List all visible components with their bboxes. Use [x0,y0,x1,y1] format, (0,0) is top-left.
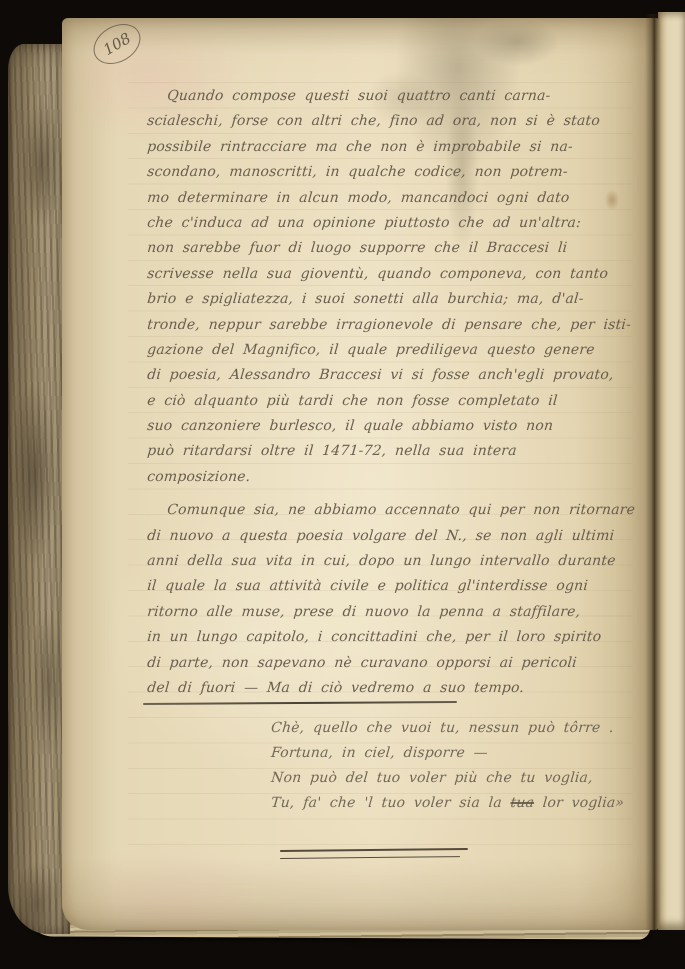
text-line: mo determinare in alcun modo, mancandoci… [146,186,634,211]
text-line: può ritardarsi oltre il 1471-72, nella s… [146,439,634,464]
text-line: composizione. [146,465,634,490]
paragraph-2: Comunque sia, ne abbiamo accennato qui p… [146,498,632,701]
text-line: brio e spigliatezza, i suoi sonetti alla… [146,287,634,312]
text-line: che c'induca ad una opinione piuttosto c… [146,211,634,236]
manuscript-page: 108 Quando compose questi suoi quattro c… [62,18,659,930]
verse-line: Chè, quello che vuoi tu, nessun può tôrr… [270,716,625,741]
text-line: ritorno alle muse, prese di nuovo la pen… [146,600,634,625]
text-line: e ciò alquanto più tardi che non fosse c… [146,389,634,414]
rule-bar [280,856,460,859]
text-line: possibile rintracciare ma che non è impr… [146,135,634,160]
handwritten-text-block: Quando compose questi suoi quattro canti… [146,84,632,701]
verse-line: Non può del tuo voler più che tu voglia, [270,766,625,791]
text-line: non sarebbe fuor di luogo supporre che i… [146,236,634,261]
verse-text: lor voglia» [533,795,624,811]
fore-edge-texture [8,44,70,934]
verse-line: Fortuna, in ciel, disporre — [270,741,625,766]
paragraph-1: Quando compose questi suoi quattro canti… [146,84,632,490]
text-line: tronde, neppur sarebbe irragionevole di … [146,313,634,338]
folio-number-label: 108 [100,29,134,59]
facing-page-sliver [658,12,685,930]
text-line: scialeschi, forse con altri che, fino ad… [146,109,634,134]
text-line: Quando compose questi suoi quattro canti… [146,84,634,109]
handdrawn-double-rule [280,848,468,859]
text-line: di poesia, Alessandro Braccesi vi si fos… [146,363,634,388]
text-line: gazione del Magnifico, il quale predilig… [146,338,634,363]
book-fore-edge [8,44,70,934]
text-line: del di fuori — Ma di ciò vedremo a suo t… [146,676,634,701]
text-line: di parte, non sapevano nè curavano oppor… [146,651,634,676]
verse-text: Tu, fa' che 'l tuo voler sia la [270,795,511,811]
text-line: in un lungo capitolo, i concittadini che… [146,625,634,650]
text-line: anni della sua vita in cui, dopo un lung… [146,549,634,574]
gutter-crease-shadow [645,14,661,930]
folio-number: 108 [86,18,147,72]
handdrawn-separator-rule [143,701,457,705]
rule-bar [280,848,468,852]
text-line: scrivesse nella sua gioventù, quando com… [146,262,634,287]
verse-line-with-correction: Tu, fa' che 'l tuo voler sia la tua lor … [270,791,625,816]
text-line: scondano, manoscritti, in qualche codice… [146,160,634,185]
text-line: di nuovo a questa poesia volgare del N.,… [146,524,634,549]
text-line: Comunque sia, ne abbiamo accennato qui p… [146,498,634,523]
text-line: suo canzoniere burlesco, il quale abbiam… [146,414,634,439]
photograph-of-manuscript-book: { "folio": { "number": "108" }, "colors"… [0,0,685,969]
text-line: il quale la sua attività civile e politi… [146,574,634,599]
verse-quotation-block: Chè, quello che vuoi tu, nessun può tôrr… [270,716,623,816]
struck-through-word: tua [510,795,535,811]
